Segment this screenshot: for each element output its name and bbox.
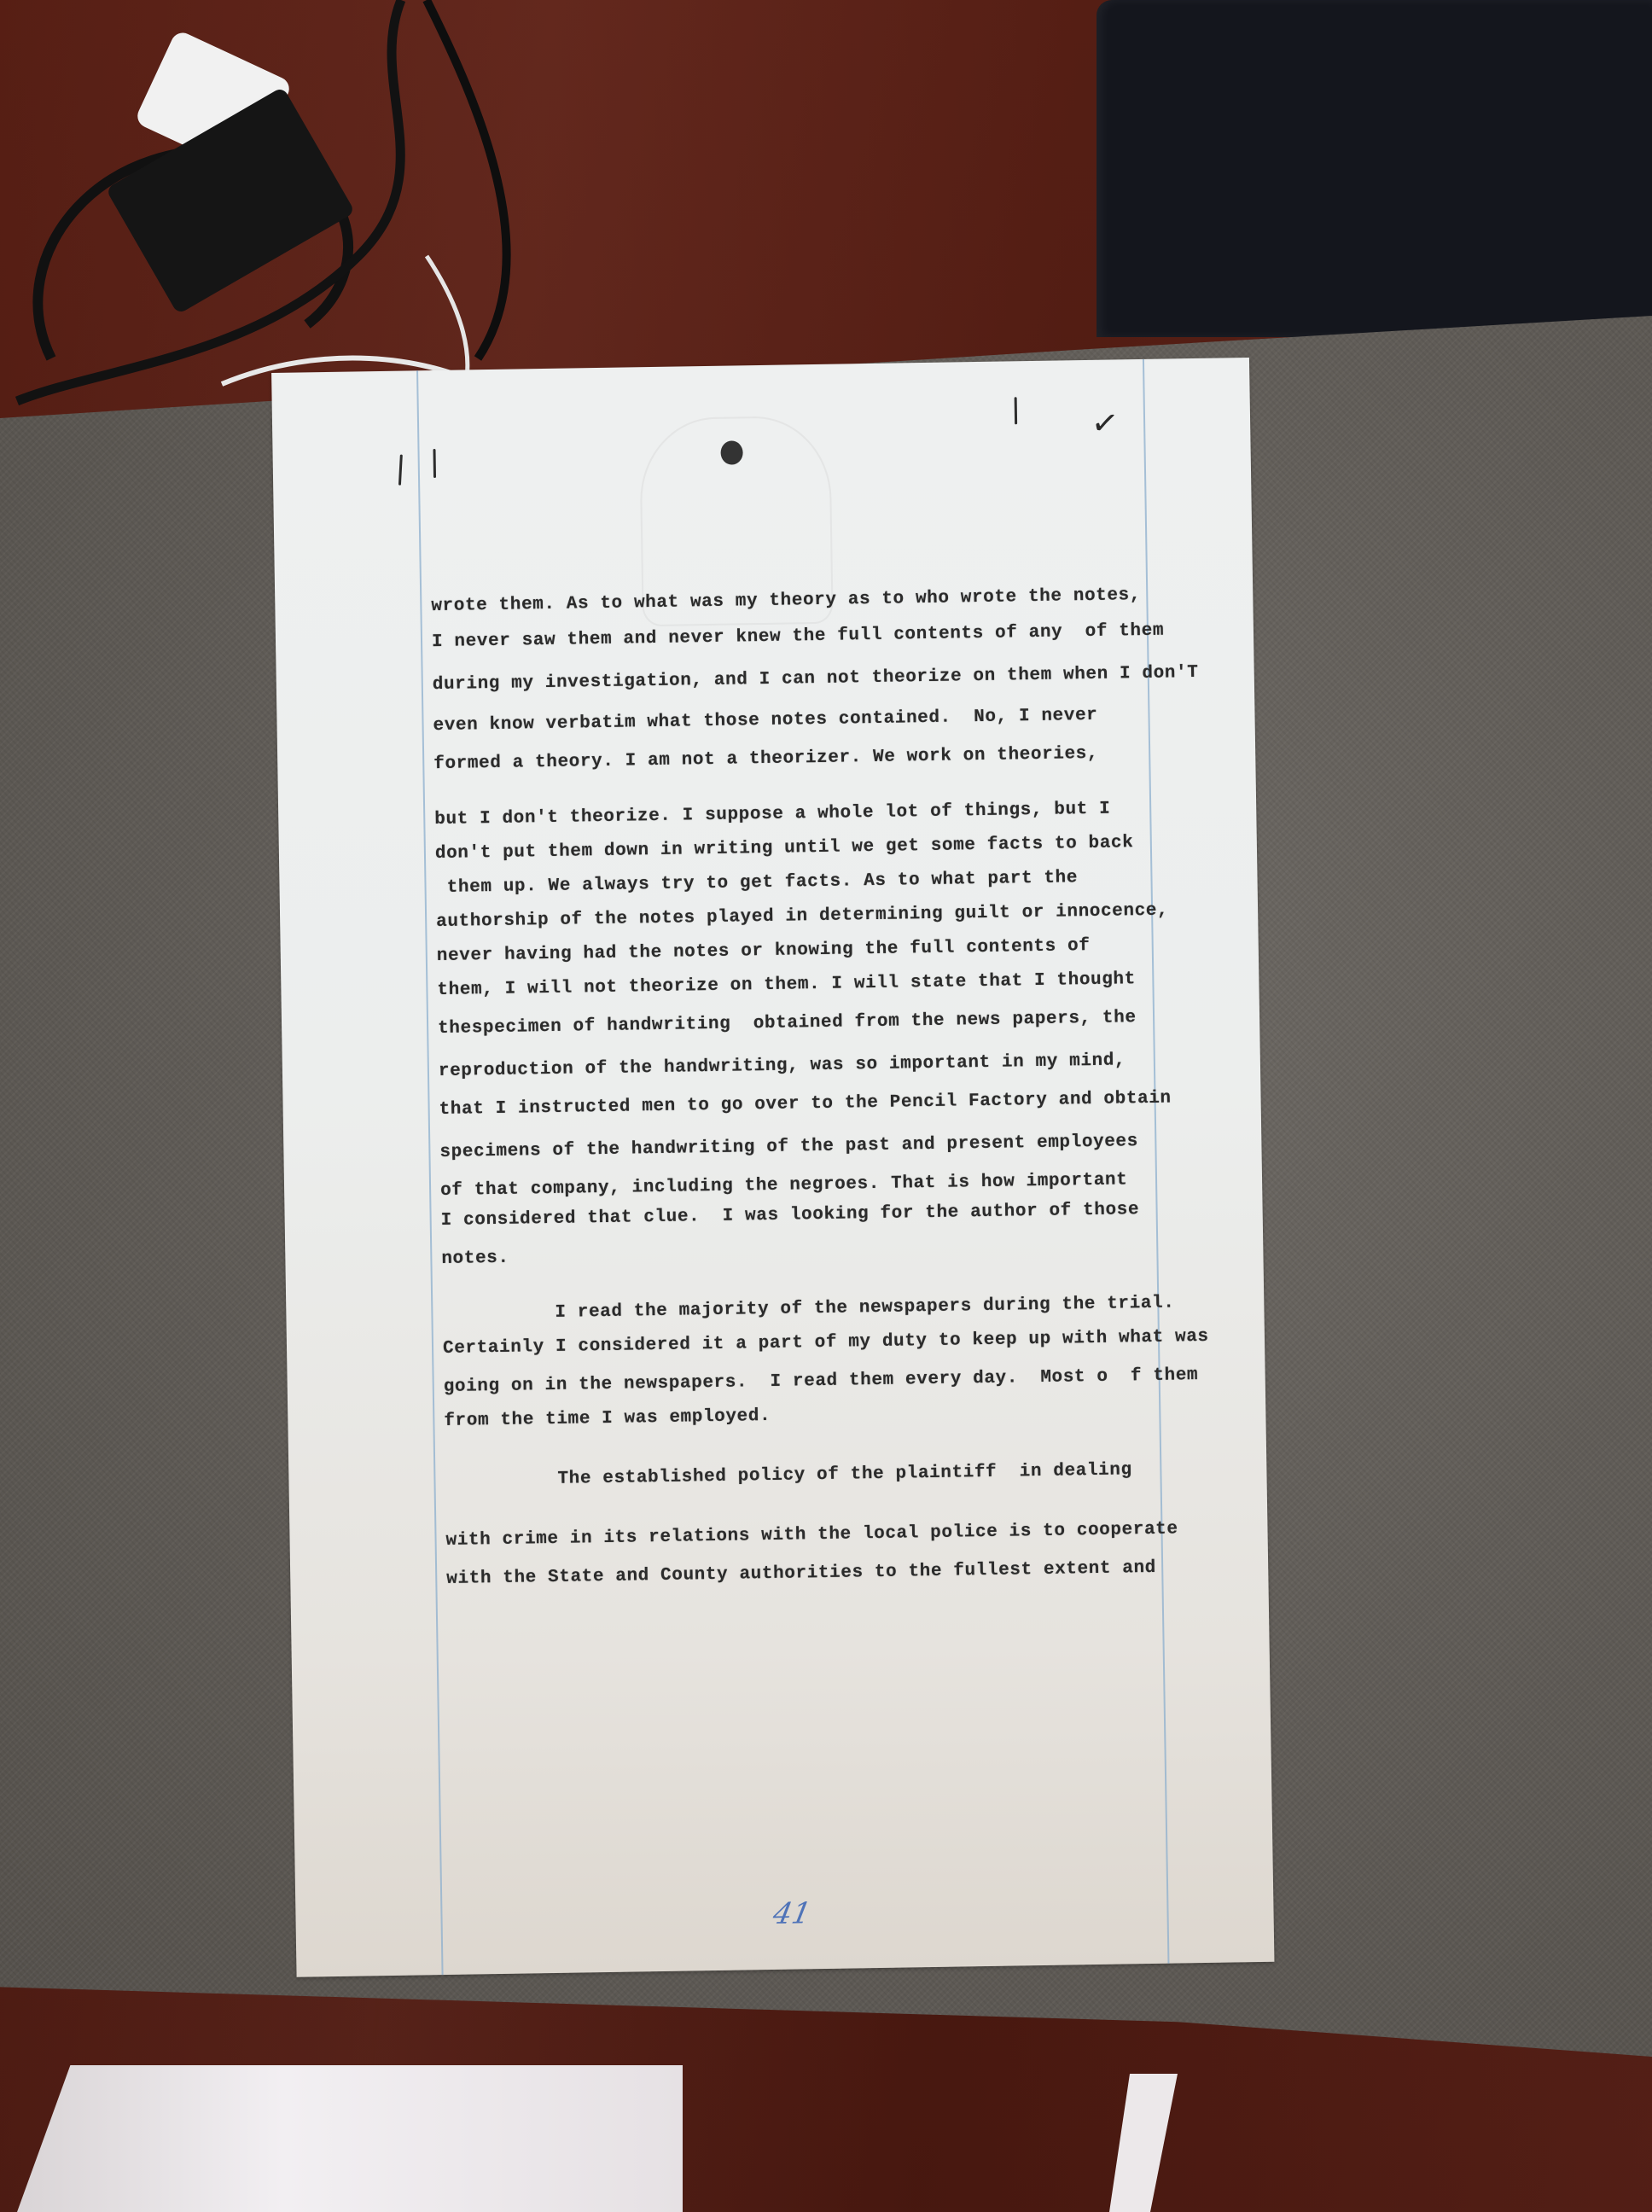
typed-line: notes.	[441, 1249, 509, 1269]
typed-line: I never saw them and never knew the full…	[432, 621, 1164, 652]
typed-line: going on in the newspapers. I read them …	[444, 1365, 1199, 1397]
laptop-case	[1096, 0, 1652, 337]
white-object	[17, 2065, 683, 2212]
staple-mark	[433, 449, 436, 478]
typed-line: even know verbatim what those notes cont…	[433, 706, 1097, 736]
typed-line: reproduction of the handwriting, was so …	[439, 1051, 1126, 1081]
typed-line: specimens of the handwriting of the past…	[439, 1132, 1138, 1162]
right-margin-line	[1143, 359, 1170, 1964]
typed-line: never having had the notes or knowing th…	[437, 936, 1091, 966]
typed-line: during my investigation, and I can not t…	[433, 663, 1199, 695]
typed-line: with the State and County authorities to…	[446, 1558, 1156, 1589]
typed-line: I read the majority of the newspapers du…	[442, 1294, 1174, 1324]
staple-mark	[398, 455, 403, 486]
handwritten-page-number: 41	[771, 1896, 814, 1931]
tear-mark: ✓	[1090, 403, 1121, 444]
typed-line: with crime in its relations with the loc…	[445, 1519, 1178, 1550]
typed-line: from the time I was employed.	[444, 1406, 771, 1431]
typed-line: of that company, including the negroes. …	[440, 1170, 1128, 1201]
typed-line: The established policy of the plaintiff …	[445, 1460, 1132, 1491]
staple-mark	[1015, 397, 1018, 424]
typed-document-page: ✓ wrote them. As to what was my theory a…	[271, 358, 1274, 1977]
typed-line: them up. We always try to get facts. As …	[435, 868, 1078, 898]
typed-line: I considered that clue. I was looking fo…	[441, 1200, 1140, 1231]
typed-line: Certainly I considered it a part of my d…	[443, 1327, 1209, 1359]
charger-cables	[0, 0, 768, 427]
typed-line: thespecimen of handwriting obtained from…	[438, 1008, 1137, 1039]
typed-line: them, I will not theorize on them. I wil…	[437, 969, 1136, 1000]
typed-line: that I instructed men to go over to the …	[439, 1089, 1171, 1120]
typed-line: formed a theory. I am not a theorizer. W…	[433, 744, 1098, 774]
typed-line: authorship of the notes played in determ…	[436, 901, 1168, 932]
typed-line: but I don't theorize. I suppose a whole …	[434, 800, 1110, 829]
typed-line: don't put them down in writing until we …	[435, 833, 1134, 864]
